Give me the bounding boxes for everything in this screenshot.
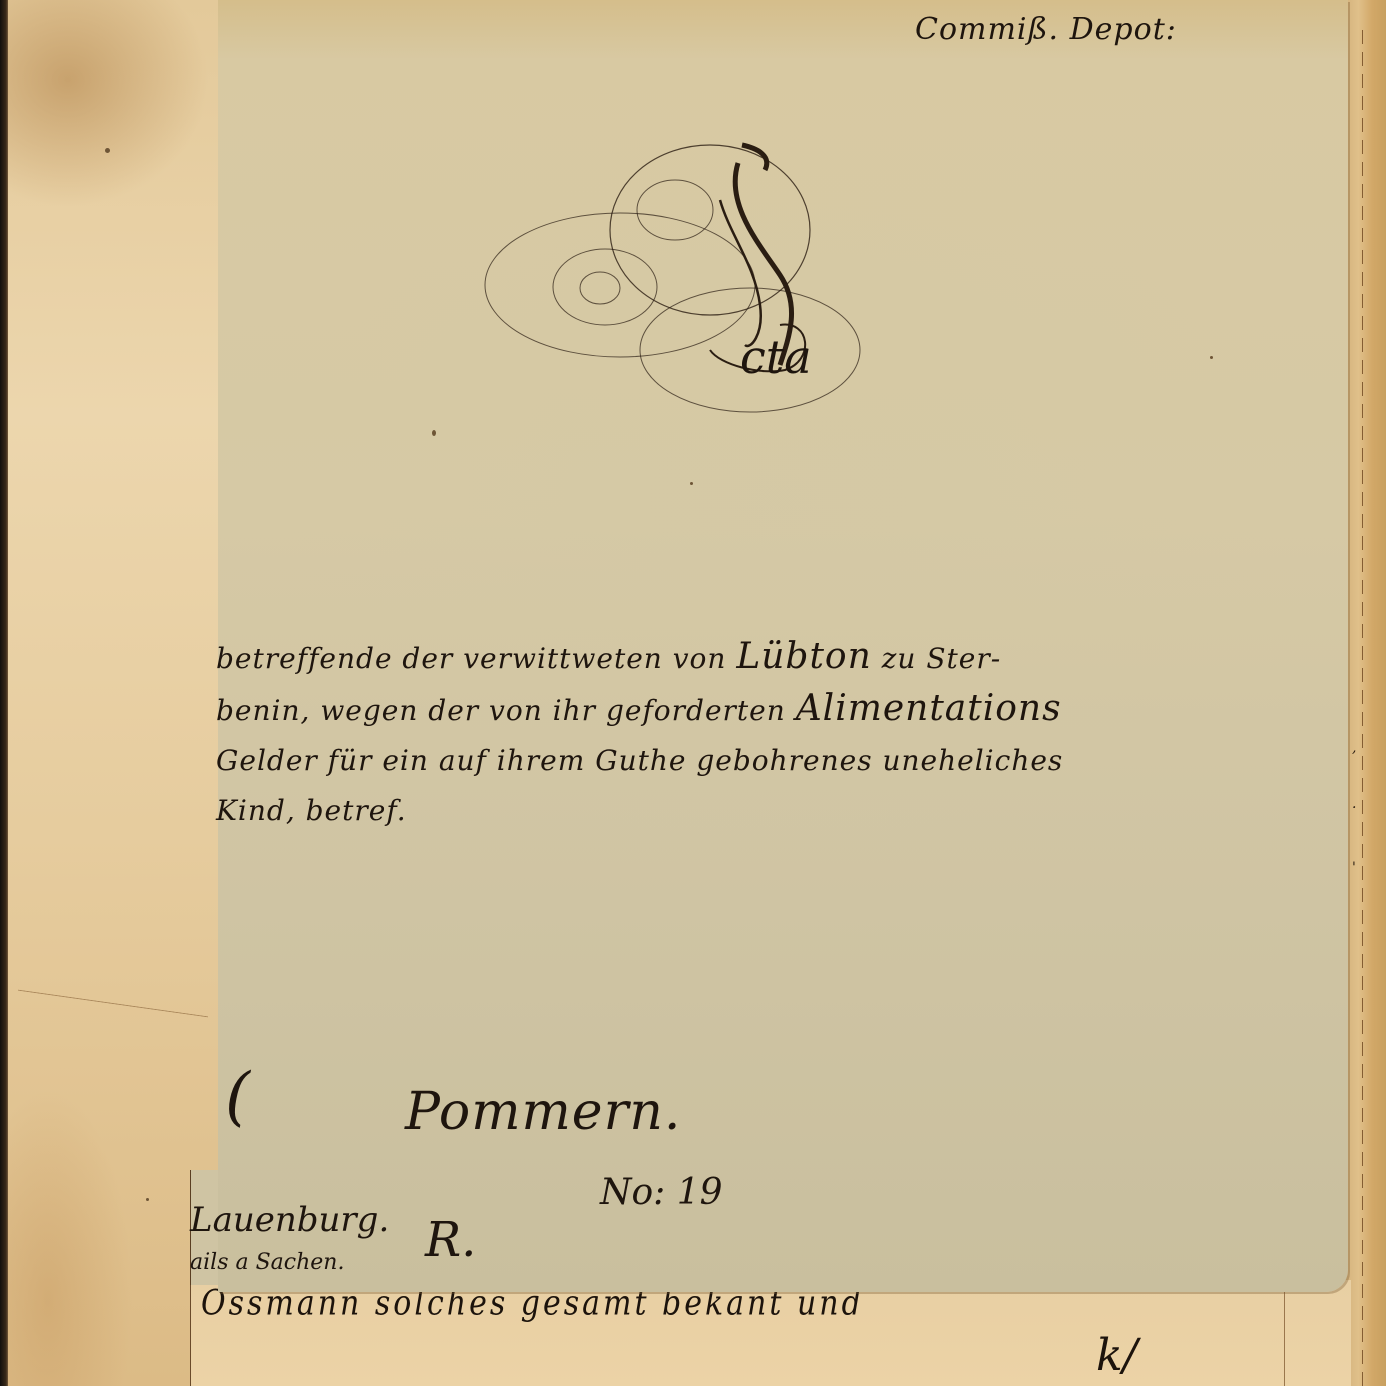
- title-line: betreffende der verwittweten von Lübton …: [216, 632, 1326, 684]
- page-divider: [1284, 1280, 1285, 1386]
- title-line: Gelder für ein auf ihrem Guthe gebohrene…: [216, 736, 1326, 786]
- edge-ink-mark: ,: [1352, 740, 1356, 756]
- header-note: Commiß. Depot:: [915, 12, 1177, 47]
- file-number: No: 19: [600, 1172, 723, 1213]
- edge-ink-mark: ·: [1352, 800, 1356, 816]
- province-label: Pommern.: [405, 1082, 681, 1142]
- district-label: Lauenburg.: [190, 1200, 389, 1240]
- paper-speck: [146, 1198, 149, 1201]
- edge-ink-mark: ': [1352, 860, 1356, 876]
- bracket-mark: (: [225, 1060, 250, 1134]
- title-suffix: zu Ster-: [872, 642, 1001, 675]
- file-title: betreffende der verwittweten von Lübton …: [216, 632, 1326, 836]
- acta-heading: cta: [740, 330, 812, 384]
- paper-speck: [690, 482, 693, 485]
- underlying-page-mark: k/: [1096, 1330, 1138, 1381]
- paper-speck: [432, 430, 436, 436]
- title-name: Alimentations: [796, 688, 1062, 729]
- paper-speck: [1210, 356, 1213, 359]
- title-text: benin, wegen der von ihr geforderten: [216, 694, 796, 727]
- underlying-page: Ossmann solches gesamt bekant und k/: [190, 1280, 1351, 1386]
- title-name: Lübton: [736, 636, 871, 677]
- title-text: Kind, betref.: [216, 794, 407, 827]
- title-text: betreffende der verwittweten von: [216, 642, 736, 675]
- title-text: Gelder für ein auf ihrem Guthe gebohrene…: [216, 744, 1063, 777]
- document-scan: , · ' Ossmann solches gesamt bekant und …: [0, 0, 1386, 1386]
- cover-crease: [18, 990, 208, 1088]
- acta-flourish-initial: [480, 135, 920, 415]
- registry-letter: R.: [425, 1212, 476, 1268]
- back-cover-board: [8, 0, 219, 1386]
- title-line: Kind, betref.: [216, 786, 1326, 836]
- acta-heading-text: cta: [740, 330, 812, 384]
- district-sublabel: ails a Sachen.: [190, 1250, 344, 1275]
- title-line: benin, wegen der von ihr geforderten Ali…: [216, 684, 1326, 736]
- page-edge-line: [1362, 30, 1363, 1386]
- stain-band: [218, 0, 1348, 60]
- paper-speck: [105, 148, 110, 153]
